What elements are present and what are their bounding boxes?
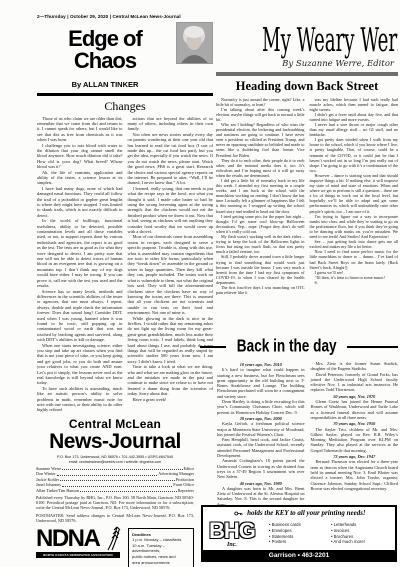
body-paragraph: I didn’t get a fever until about day fiv… [310,112,399,122]
bhg-logo: BHG Inc. [209,520,259,548]
bhg-phone-bar: Garrison • 463-2201 [203,550,395,560]
list-line: • Posters [269,539,327,545]
body-paragraph: To have such abilities is astounding, mu… [37,386,123,413]
bhg-logo-text: BHG [209,520,255,542]
list-line: 10 a.m. Tuesday – advertisements, [132,543,190,554]
weary-werre-world-section: My Weary Werre World By Suzanne Werre, E… [216,22,398,342]
body-paragraph: They do it to each other, their people d… [216,158,305,178]
edge-of-chaos-title: Edge of Chaos [37,28,173,72]
title-rule-right [347,346,398,349]
body-paragraph: The first four/five days I was munching … [216,285,305,295]
masthead-staff-list: Suzanne WerreEditorDon WinterAdvertising… [36,466,194,493]
ndna-full-name: NORTH DAKOTA NEWSPAPER ASSOCIATION [36,552,120,558]
body-paragraph: Ah, the life of varmints, application an… [37,170,123,186]
list-line: • And much more! [331,539,389,545]
bitd-text-column-1: 10 years ago, Nov. 2010It’s hard to imag… [217,361,305,505]
body-paragraph: actions that are beyond the abilities of… [128,116,214,132]
body-paragraph: When one starts investigating science, e… [37,343,123,386]
weary-werre-world-byline: By Suzanne Werre, Editor [216,59,394,69]
news-item: David Peterson, formerly of Grand Forks,… [311,372,399,393]
body-paragraph: S. [310,280,399,285]
bhg-printing-ad: holds the KEY to all your printing needs… [201,505,397,562]
body-paragraph: I’m talking about after this coming week… [216,107,305,122]
masthead-publish-info: Published every Thursday by BHG, Inc., P… [36,495,194,511]
nameplate-line1: Central McLean [36,418,194,430]
edge-of-chaos-section: Edge of Chaos By ALLAN TINKER Changes Th… [37,22,213,416]
back-in-the-day-title: Back in the day [237,338,337,357]
body-paragraph: Who am I kidding? Regardless of who wins… [216,122,305,158]
news-item: Pam Hemphill, head cook, and Jackie Cout… [217,437,305,458]
wheat-icon [104,525,122,551]
masthead-postmaster: POSTMASTER: Send address changes to Cent… [36,513,194,523]
body-paragraph: Now I need to find some perfect music fo… [310,249,399,269]
news-item: Mrs. Zietz is the former Susan Stadick, … [311,361,399,372]
deadlines-lines: 1 p.m. Monday – classifieds10 a.m. Tuesd… [132,537,190,565]
werre-text-column-1: Normalcy is just around the corner, righ… [216,97,305,296]
news-item: The Sayler Trio, children of Mr. and Mrs… [311,427,399,453]
body-paragraph: I challenge you to mix blood with water … [37,143,123,170]
masthead-staff-row: Allan Tinker/Tim HansonReporters [36,488,194,493]
bhg-services-list: • Business cards• Letterheads• Envelopes… [259,522,389,544]
edge-of-chaos-byline: By ALLAN TINKER [37,80,173,89]
columnist-portrait-photo [176,22,213,64]
column-headline: Heading down Back Street [216,79,398,94]
body-paragraph: Those of us who claim we are older than … [37,116,123,143]
body-paragraph: Normalcy is just around the corner, righ… [216,97,305,107]
deadlines-box: Deadlines 1 p.m. Monday – classifieds10 … [128,528,194,567]
news-item: It’s hard to imagine what could happen i… [217,367,305,399]
body-paragraph: I’m trying to figure out a way to incorp… [310,214,399,239]
section-rule [37,93,213,96]
body-paragraph: Still, I probably drove around town a li… [216,254,305,285]
page-folio: 2—Thursday | October 29, 2020 | Central … [37,14,181,19]
masthead: Central McLean News-Journal P.O. Box 173… [36,418,194,567]
newspaper-page: { "page_header": "2—Thursday | October 2… [0,0,400,567]
list-line: 1 p.m. Monday – classifieds [132,537,190,543]
werre-text-column-2: was my lifeline because I had such reall… [310,97,399,296]
list-line: area announcements [132,560,190,566]
body-paragraph: You often see news stories nearly every … [128,132,214,186]
edge-of-chaos-header: Edge of Chaos By ALLAN TINKER [37,22,213,89]
weary-werre-world-title: My Weary Werre World [262,22,398,60]
body-paragraph: My flash wasn’t working well in the dark… [216,234,305,254]
body-paragraph: was my lifeline because I had such reall… [310,97,399,112]
news-item: A daughter was born to Mr. and Mrs. Bren… [217,486,305,505]
body-paragraph: See ... just getting back into dance get… [310,239,399,249]
bitd-text-column-2: Mrs. Zietz is the former Susan Stadick, … [311,361,399,505]
masthead-address: P.O. Box 173, Underwood, ND 58576 • 701-… [36,455,194,459]
body-paragraph: Most of our chemicals come from assembli… [128,234,214,315]
bhg-ad-tagline: holds the KEY to all your printing needs… [203,509,395,517]
body-paragraph: However – dance is starting soon and tha… [310,173,399,214]
news-item: Dean Hartley is doing a little recruitin… [217,399,305,415]
body-paragraph: I did get a little bit of normalcy back … [216,178,305,214]
news-item: Bernard Thomson was elected for a three-… [311,459,399,491]
nameplate-line2: News-Journal [36,431,194,452]
body-paragraph: I tried getting some pics for the paper … [216,214,305,234]
body-paragraph: Science has so many levels, methods and … [37,289,123,343]
masthead-contact: email: centralmclean@westriv.com • websi… [36,460,194,464]
edge-of-chaos-subtitle: Changes [37,99,213,114]
edge-text-column-1: Those of us who claim we are older than … [37,116,123,413]
title-rule-left [200,346,226,349]
section-rule [216,72,398,76]
ndna-logo: NDNA NORTH DAKOTA NEWSPAPER ASSOCIATION [36,528,120,558]
body-paragraph: I have had many dogs, none of which had … [37,186,123,218]
body-paragraph: In the world of bullfrogs, functional us… [37,218,123,288]
back-in-the-day-section: Back in the day 10 years ago, Nov. 2010I… [200,338,398,505]
key-icon [234,510,243,517]
news-item: Amanda Cottingham’s 18 points paced the … [217,458,305,479]
body-paragraph: ’Til then, it’s time to listen to some m… [310,275,399,280]
body-paragraph: I learned, really young, that one needs … [128,186,214,235]
body-paragraph: I got pretty darn winded when I walk fro… [310,137,399,173]
body-paragraph: I never had a sore throat or major cough… [310,122,399,137]
news-item: Kayla Gefroh, a freshman political scien… [217,421,305,437]
news-item: Glenn Goetz has joined the Henne Funeral… [311,399,399,420]
